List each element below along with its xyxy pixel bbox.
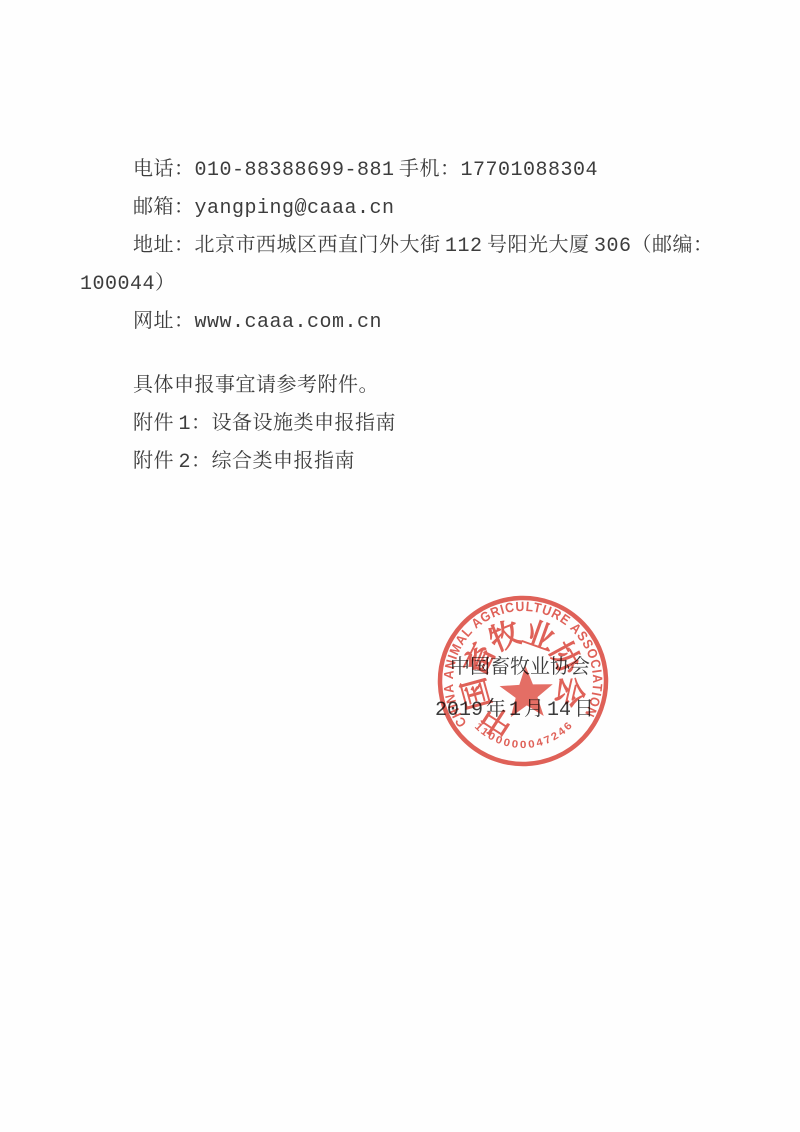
attachment1-line: 附件 1：设备设施类申报指南 (80, 406, 790, 444)
blank-line (80, 342, 790, 368)
website-line: 网址：www.caaa.com.cn (80, 304, 790, 342)
official-seal: CHINA ANIMAL AGRICULTURE ASSOCIATION 110… (430, 588, 616, 774)
postcode-line: 100044） (80, 266, 790, 304)
note-line: 具体申报事宜请参考附件。 (80, 368, 790, 406)
email-line: 邮箱：yangping@caaa.cn (80, 190, 790, 228)
attachment2-line: 附件 2：综合类申报指南 (80, 444, 790, 482)
seal-char-hui: 会 (549, 673, 590, 711)
address-line: 地址：北京市西城区西直门外大街 112 号阳光大厦 306（邮编： (80, 228, 790, 266)
phone-line: 电话：010-88388699-881 手机：17701088304 (80, 152, 790, 190)
letter-footer-block: 电话：010-88388699-881 手机：17701088304 邮箱：ya… (80, 152, 790, 482)
document-page: 电话：010-88388699-881 手机：17701088304 邮箱：ya… (0, 0, 800, 1132)
